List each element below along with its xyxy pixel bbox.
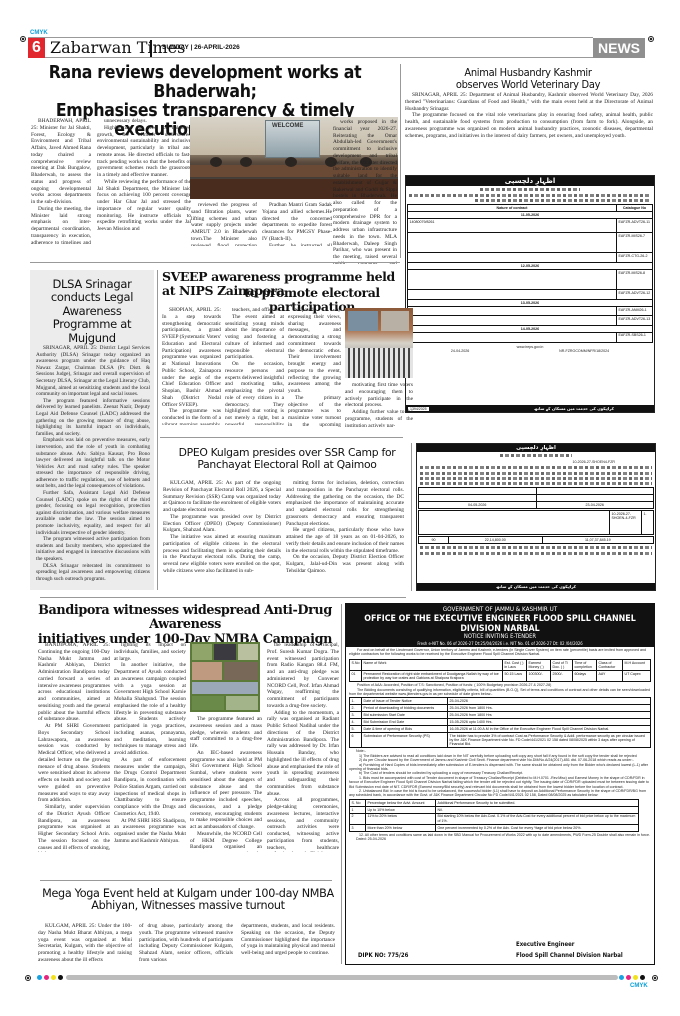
signatory-title: Executive Engineer: [516, 941, 574, 948]
vet-headline: Animal Husbandry Kashmir observes World …: [404, 67, 652, 91]
table-row: 01 Permanent Restoration of right side e…: [350, 671, 651, 682]
table-row: 2.Period of downloading of bidding docum…: [350, 705, 651, 712]
black-dot-icon: [640, 975, 645, 980]
column-divider: [400, 64, 401, 258]
section-badge: NEWS: [593, 38, 645, 58]
e-tender-notice: GOVERNMENT OF JAMMU & KASHMIR UT OFFICE …: [345, 603, 655, 965]
masthead-separator: [150, 40, 152, 57]
dpeo-column-1: KULGAM, APRIL 25: As part of the ongoing…: [163, 480, 281, 580]
black-dot-icon: [58, 975, 63, 980]
cmyk-label-top: CMYK: [30, 30, 48, 36]
sveep-column-3: motivating first time voters and encoura…: [345, 382, 413, 427]
page-number: 6: [28, 38, 45, 58]
lead-column-5: works proposed in the financial year 202…: [333, 119, 397, 264]
magenta-dot-icon: [44, 975, 49, 980]
sveep-photo: [345, 308, 413, 378]
bandipora-column-3: The programme featured an awareness sess…: [190, 716, 262, 852]
sveep-column-2: teachers, and officials.The event aimed …: [225, 307, 284, 425]
issue-date: SUNDAY | 26-APRIL-2026: [162, 42, 240, 54]
table-row: 3.Bid submission Start Date25-04-2026 fr…: [350, 712, 651, 719]
welcome-banner-text: WELCOME: [272, 123, 303, 129]
dlsa-story-body: SRINAGAR, APRIL 25: District Legal Servi…: [36, 345, 150, 587]
table-row: 1.Date of Issue of Tender Notice25-04-20…: [350, 698, 651, 705]
column-divider: [157, 270, 158, 590]
cyan-dot-icon: [619, 975, 624, 980]
lead-column-3: reviewed the progress of sand filtration…: [191, 202, 257, 246]
dipk-number: DIPK NO: 775/26: [358, 952, 408, 959]
yellow-dot-icon: [51, 975, 56, 980]
lead-column-2: unnecessary delays.Highlighting the need…: [97, 118, 191, 246]
section-divider: [40, 880, 332, 881]
column-divider: [411, 443, 412, 591]
section-divider: [40, 597, 406, 598]
yoga-column-1: KULGAM, APRIL 25: Under the 100-day Nash…: [38, 923, 132, 963]
masthead-rule: [494, 37, 593, 58]
bandipora-column-1: BANDIPORA, APRIL 25: Continuing the ongo…: [38, 642, 110, 852]
table-row: 5.Date & time of opening of Bids16-05-20…: [350, 725, 651, 732]
yoga-headline: Mega Yoga Event held at Kulgam under 100…: [38, 888, 338, 912]
urdu-ad-table: Nature of contractCatalogue No 11-05-202…: [407, 204, 653, 342]
section-divider: [30, 262, 400, 263]
magenta-dot-icon: [626, 975, 631, 980]
dpeo-headline: DPEO Kulgam presides over SSR Camp for P…: [162, 447, 412, 470]
table-row: 6Submission of Performance Security (PS)…: [350, 732, 651, 747]
registration-mark-icon: [652, 975, 658, 981]
performance-security-table: S. NoPercentage below the Advt. AmountAd…: [349, 799, 639, 832]
sveep-column-4: ticipated by expressing their views, sha…: [288, 307, 341, 427]
dlsa-headline: DLSA Srinagar conducts Legal Awareness P…: [34, 278, 150, 345]
column-divider: [341, 604, 342, 964]
registration-mark-icon: [648, 36, 654, 42]
bandipora-column-2: lighting its impact on individuals, fami…: [114, 642, 186, 852]
table-row: 211% to 20% belowBid starting 10% below …: [350, 813, 639, 824]
table-row: 1Up to 10% belowNil.: [350, 806, 639, 813]
section-divider: [160, 437, 403, 438]
registration-mark-icon: [20, 36, 26, 42]
lead-column-4: Pradhan Mantri Gram Sadak Yojana and all…: [262, 202, 332, 246]
signatory-office: Flood Spill Channel Division Narbal: [516, 952, 623, 959]
urdu-ad-title: اظہارِ دلچسپی: [406, 176, 654, 186]
yellow-dot-icon: [633, 975, 638, 980]
sveep-column-1: SHOPIAN, APRIL 25: In a step towards str…: [162, 307, 221, 425]
table-row: 3More than 20% belowOne percent incremen…: [350, 824, 639, 831]
tender-schedule-table: 1.Date of Issue of Tender Notice25-04-20…: [349, 697, 651, 748]
tender-works-table: S.No Name of Work Est. Cost ( ) in Lacs …: [349, 659, 651, 682]
bandipora-photo-collage: [190, 642, 260, 712]
tender-header: GOVERNMENT OF JAMMU & KASHMIR UT OFFICE …: [346, 604, 654, 647]
urdu-tender-ad-1: اظہارِ دلچسپی Nature of contractCatalogu…: [405, 175, 655, 413]
urdu-tender-ad-2: اظہارِ دلچسپی 10-2026-27-SHOEN4-FZR 04-0…: [416, 443, 656, 591]
registration-mark-icon: [25, 975, 31, 981]
cyan-dot-icon: [37, 975, 42, 980]
urdu-ad-title: اظہارِ دلچسپی: [417, 444, 655, 452]
dpeo-column-2: mitting forms for inclusion, deletion, c…: [286, 480, 404, 580]
cmyk-label-bottom: CMYK: [630, 983, 648, 989]
lead-headline-line1: Rana reviews development works at Bhader…: [30, 64, 380, 102]
color-registration-bar: [66, 975, 618, 980]
table-row: 4.Bid Submission End Date15-05-2026 upto…: [350, 719, 651, 726]
tender-intro: For and on behalf of the Lieutenant Gove…: [346, 647, 654, 658]
bandipora-headline: Bandipora witnesses widespread Anti-Drug…: [30, 604, 340, 647]
bandipora-column-4: the leadership of Principal, Prof. Sures…: [267, 642, 339, 852]
vet-story-body: SRINAGAR, APRIL 25: Department of Animal…: [405, 92, 653, 172]
lead-column-1: BHADERWAH, APRIL 25: Minister for Jal Sh…: [31, 118, 91, 246]
yoga-column-3: departments, students, and local residen…: [241, 923, 335, 963]
yoga-column-2: of drug abuse, particularly among the yo…: [139, 923, 233, 963]
